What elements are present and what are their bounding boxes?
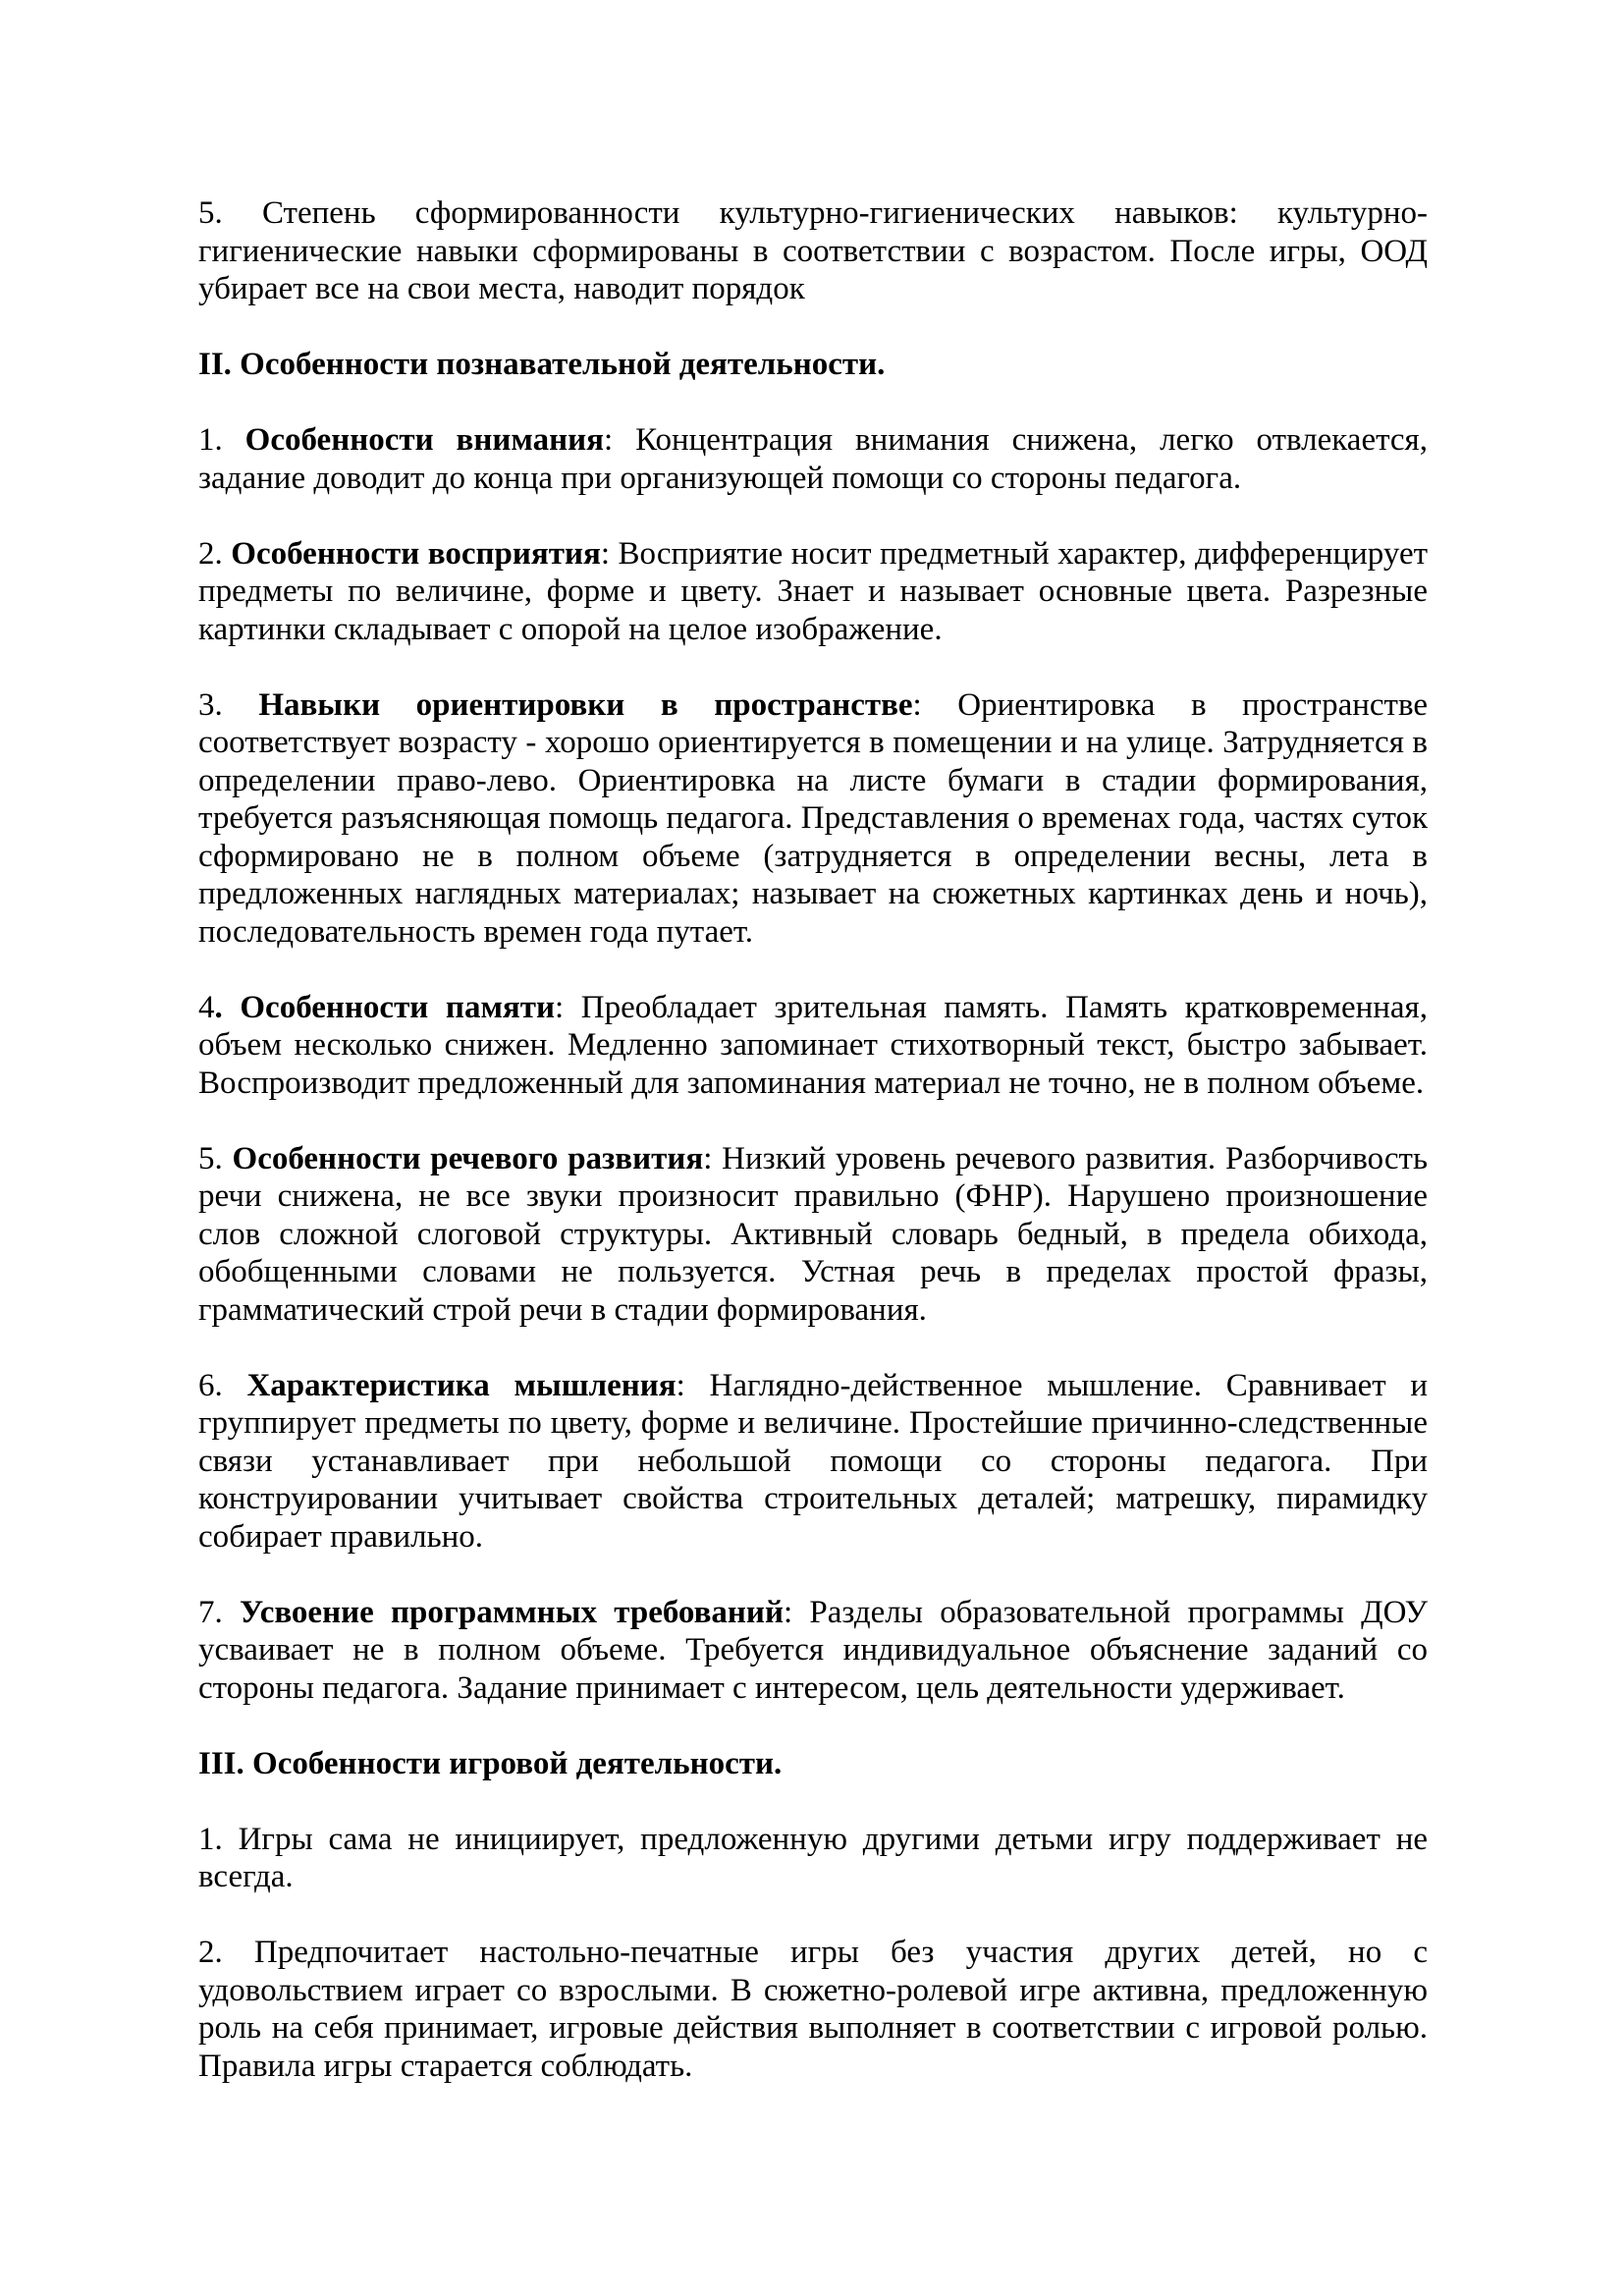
- paragraph-colon: :: [555, 990, 564, 1025]
- paragraph-play-initiative: 1. Игры сама не инициирует, предложенную…: [198, 1821, 1428, 1896]
- section-heading-play: III. Особенности игровой деятельности.: [198, 1745, 1428, 1783]
- paragraph-colon: :: [913, 687, 922, 723]
- paragraph-thinking: 6. Характеристика мышления: Наглядно-дей…: [198, 1367, 1428, 1557]
- paragraph-colon: :: [677, 1368, 685, 1403]
- document-body: 5. Степень сформированности культурно-ги…: [198, 194, 1428, 2085]
- paragraph-perception: 2. Особенности восприятия: Восприятие но…: [198, 535, 1428, 649]
- paragraph-number: 2.: [198, 1935, 223, 1970]
- paragraph-text: Игры сама не инициирует, предложенную др…: [198, 1822, 1428, 1895]
- paragraph-text: Предпочитает настольно-печатные игры без…: [198, 1935, 1428, 2084]
- paragraph-label: Усвоение программных требований: [240, 1595, 784, 1630]
- paragraph-label: Особенности речевого развития: [233, 1141, 704, 1176]
- paragraph-spatial-orientation: 3. Навыки ориентировки в пространстве: О…: [198, 686, 1428, 952]
- document-page: 5. Степень сформированности культурно-ги…: [0, 0, 1624, 2296]
- paragraph-number: 2.: [198, 536, 223, 572]
- paragraph-label: Особенности внимания: [245, 422, 604, 458]
- paragraph-colon: :: [784, 1595, 792, 1630]
- paragraph-text: Степень сформированности культурно-гигие…: [198, 195, 1428, 306]
- paragraph-hygiene-skills: 5. Степень сформированности культурно-ги…: [198, 194, 1428, 308]
- paragraph-number: 4: [198, 990, 215, 1025]
- paragraph-attention: 1. Особенности внимания: Концентрация вн…: [198, 421, 1428, 497]
- paragraph-play-preferences: 2. Предпочитает настольно-печатные игры …: [198, 1934, 1428, 2085]
- paragraph-number: 5.: [198, 1141, 223, 1176]
- paragraph-number: 7.: [198, 1595, 223, 1630]
- paragraph-number: 6.: [198, 1368, 223, 1403]
- paragraph-colon: :: [604, 422, 613, 458]
- paragraph-number: 1.: [198, 422, 223, 458]
- paragraph-label: Характеристика мышления: [246, 1368, 676, 1403]
- paragraph-number: 1.: [198, 1822, 223, 1857]
- paragraph-memory: 4. Особенности памяти: Преобладает зрите…: [198, 989, 1428, 1103]
- section-heading-cognitive: II. Особенности познавательной деятельно…: [198, 346, 1428, 384]
- paragraph-label: Особенности восприятия: [231, 536, 601, 572]
- paragraph-colon: :: [703, 1141, 712, 1176]
- paragraph-label: Навыки ориентировки в пространстве: [258, 687, 912, 723]
- paragraph-number-suffix: .: [215, 990, 223, 1025]
- paragraph-label: Особенности памяти: [240, 990, 555, 1025]
- paragraph-colon: :: [601, 536, 610, 572]
- paragraph-number: 5.: [198, 195, 223, 231]
- paragraph-number: 3.: [198, 687, 223, 723]
- paragraph-text: Ориентировка в пространстве соответствуе…: [198, 687, 1428, 950]
- paragraph-program-requirements: 7. Усвоение программных требований: Разд…: [198, 1594, 1428, 1708]
- paragraph-speech-development: 5. Особенности речевого развития: Низкий…: [198, 1140, 1428, 1330]
